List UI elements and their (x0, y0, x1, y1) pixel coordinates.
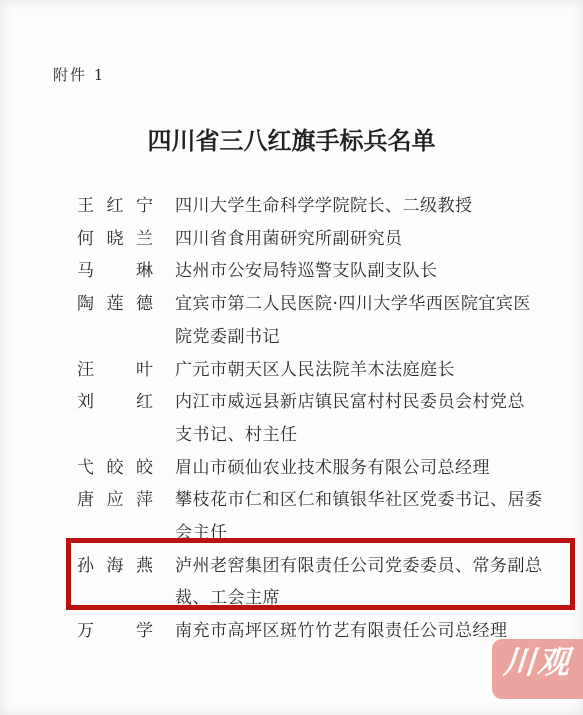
awardee-position: 泸州老窖集团有限责任公司党委委员、常务副总裁、工会主席 (175, 550, 543, 615)
position-text-line: 裁、工会主席 (175, 582, 543, 615)
list-item: 孙海燕 泸州老窖集团有限责任公司党委委员、常务副总裁、工会主席 (77, 550, 557, 615)
position-text-line: 眉山市硕仙农业技术服务有限公司总经理 (175, 452, 490, 485)
position-text-line: 南充市高坪区斑竹竹艺有限责任公司总经理 (175, 615, 508, 648)
awardee-name: 万学 (77, 615, 153, 648)
awardee-name: 唐应萍 (77, 484, 153, 517)
list-item: 万学 南充市高坪区斑竹竹艺有限责任公司总经理 (77, 615, 557, 648)
awardee-position: 内江市威远县新店镇民富村村民委员会村党总支书记、村主任 (175, 386, 525, 451)
awardee-position: 攀枝花市仁和区仁和镇银华社区党委书记、居委会主任 (175, 484, 543, 549)
position-text-line: 攀枝花市仁和区仁和镇银华社区党委书记、居委 (175, 484, 543, 517)
awardee-position: 南充市高坪区斑竹竹艺有限责任公司总经理 (175, 615, 508, 648)
awardee-name: 何晓兰 (77, 223, 153, 256)
position-text-line: 广元市朝天区人民法院羊木法庭庭长 (175, 354, 455, 387)
awardee-name: 刘红 (77, 386, 153, 419)
position-text-line: 四川省食用菌研究所副研究员 (175, 223, 403, 256)
awardee-name: 陶莲德 (77, 288, 153, 321)
awardee-position: 广元市朝天区人民法院羊木法庭庭长 (175, 354, 455, 387)
awardee-name: 汪叶 (77, 354, 153, 387)
list-item: 王红宁 四川大学生命科学学院院长、二级教授 (77, 190, 557, 223)
awardee-position: 眉山市硕仙农业技术服务有限公司总经理 (175, 452, 490, 485)
list-item: 唐应萍 攀枝花市仁和区仁和镇银华社区党委书记、居委会主任 (77, 484, 557, 549)
position-text-line: 四川大学生命科学学院院长、二级教授 (175, 190, 473, 223)
document-page: 附件 1 四川省三八红旗手标兵名单 王红宁 四川大学生命科学学院院长、二级教授 … (0, 0, 583, 715)
awardee-position: 达州市公安局特巡警支队副支队长 (175, 255, 438, 288)
list-item: 汪叶 广元市朝天区人民法院羊木法庭庭长 (77, 354, 557, 387)
awardee-position: 宜宾市第二人民医院·四川大学华西医院宜宾医院党委副书记 (175, 288, 531, 353)
awardee-name: 孙海燕 (77, 550, 153, 583)
awardee-name: 弋皎皎 (77, 452, 153, 485)
position-text-line: 宜宾市第二人民医院·四川大学华西医院宜宾医 (175, 288, 531, 321)
awardee-name: 马琳 (77, 255, 153, 288)
watermark-text: 川观 (492, 639, 583, 683)
list-item: 弋皎皎 眉山市硕仙农业技术服务有限公司总经理 (77, 452, 557, 485)
position-text-line: 达州市公安局特巡警支队副支队长 (175, 255, 438, 288)
position-text-line: 支书记、村主任 (175, 419, 525, 452)
position-text-line: 院党委副书记 (175, 321, 531, 354)
awardee-name: 王红宁 (77, 190, 153, 223)
list-item: 何晓兰 四川省食用菌研究所副研究员 (77, 223, 557, 256)
attachment-label: 附件 1 (53, 64, 105, 85)
awardee-list: 王红宁 四川大学生命科学学院院长、二级教授 何晓兰 四川省食用菌研究所副研究员 … (77, 190, 557, 648)
list-item: 陶莲德 宜宾市第二人民医院·四川大学华西医院宜宾医院党委副书记 (77, 288, 557, 353)
chuanguan-watermark-badge: 川观 (492, 639, 583, 699)
position-text-line: 内江市威远县新店镇民富村村民委员会村党总 (175, 386, 525, 419)
position-text-line: 会主任 (175, 517, 543, 550)
list-item: 马琳 达州市公安局特巡警支队副支队长 (77, 255, 557, 288)
awardee-position: 四川省食用菌研究所副研究员 (175, 223, 403, 256)
awardee-position: 四川大学生命科学学院院长、二级教授 (175, 190, 473, 223)
page-title: 四川省三八红旗手标兵名单 (0, 121, 583, 156)
list-item: 刘红 内江市威远县新店镇民富村村民委员会村党总支书记、村主任 (77, 386, 557, 451)
position-text-line: 泸州老窖集团有限责任公司党委委员、常务副总 (175, 550, 543, 583)
